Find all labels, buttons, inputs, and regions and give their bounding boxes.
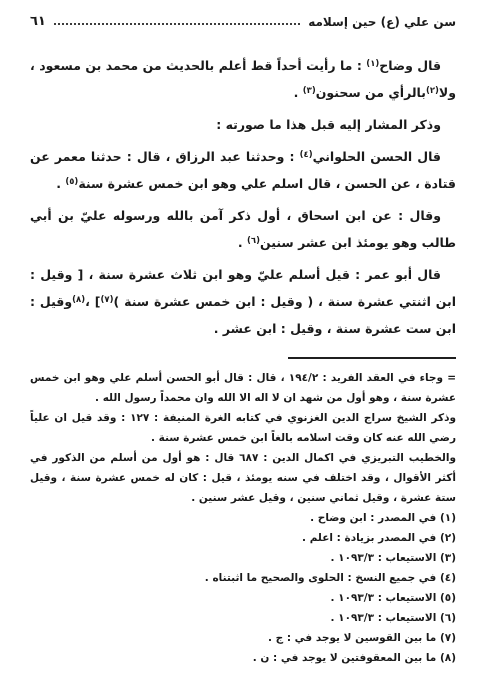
chapter-title: سن علي (ع) حين إسلامه — [308, 15, 456, 29]
footnote-item-number: (٥) — [440, 592, 456, 604]
footnote-item-number: (٦) — [440, 612, 456, 624]
footnote-marker: (٢) — [426, 86, 439, 96]
body-paragraph: قال وضاح(١) : ما رأيت أحداً قط أعلم بالح… — [30, 52, 456, 106]
running-header: سن علي (ع) حين إسلامه ٦١ — [30, 14, 456, 29]
footnote-marker: (٨) — [72, 295, 85, 305]
footnote-item-number: (٢) — [440, 532, 456, 544]
footnote-item: (٣) الاستيعاب : ١٠٩٣/٣ . — [30, 548, 456, 568]
footnote-continuation-paragraph: والخطيب التبريزي في اكمال الدين : ٦٨٧ قا… — [30, 448, 456, 508]
footnote-marker: (٣) — [303, 86, 316, 96]
footnote-item: (٦) الاستيعاب : ١٠٩٣/٣ . — [30, 608, 456, 628]
footnote-item-number: (٣) — [440, 552, 456, 564]
footnote-divider — [288, 357, 456, 359]
footnote-item: (٢) في المصدر بزيادة : اعلم . — [30, 528, 456, 548]
footnote-item-number: (١) — [440, 512, 456, 524]
footnote-continuation-paragraph: وذكر الشيخ سراج الدين الغزنوي في كتابه ا… — [30, 408, 456, 448]
body-text: قال وضاح(١) : ما رأيت أحداً قط أعلم بالح… — [30, 52, 456, 342]
footnote-item-text: الاستيعاب : ١٠٩٣/٣ . — [331, 552, 440, 564]
footnote-marker: (٦) — [247, 236, 260, 246]
footnote-item-text: في جميع النسخ : الحلوى والصحيح ما اثبتنا… — [205, 572, 440, 584]
footnote-item-text: ما بين المعقوفتين لا يوجد في : ن . — [253, 652, 440, 664]
footnotes-section: = وجاء في العقد الفريد : ١٩٤/٢ ، قال : ق… — [30, 368, 456, 668]
book-page: سن علي (ع) حين إسلامه ٦١ قال وضاح(١) : م… — [0, 0, 482, 698]
footnote-item-number: (٨) — [440, 652, 456, 664]
page-number: ٦١ — [30, 14, 46, 29]
footnote-marker: (١) — [366, 59, 379, 69]
footnote-item-number: (٤) — [440, 572, 456, 584]
footnote-item: (٤) في جميع النسخ : الحلوى والصحيح ما اث… — [30, 568, 456, 588]
body-paragraph: وقال : عن ابن اسحاق ، أول ذكر آمن بالله … — [30, 202, 456, 256]
footnote-continuation-paragraph: = وجاء في العقد الفريد : ١٩٤/٢ ، قال : ق… — [30, 368, 456, 408]
footnote-continuation-block: = وجاء في العقد الفريد : ١٩٤/٢ ، قال : ق… — [30, 368, 456, 508]
footnote-item-text: في المصدر بزيادة : اعلم . — [302, 532, 440, 544]
footnote-item-text: في المصدر : ابن وضاح . — [310, 512, 440, 524]
footnote-item-text: الاستيعاب : ١٠٩٣/٣ . — [331, 592, 440, 604]
footnote-marker: (٤) — [300, 150, 313, 160]
footnote-item: (٨) ما بين المعقوفتين لا يوجد في : ن . — [30, 648, 456, 668]
body-paragraph: وذكر المشار إليه قبل هذا ما صورته : — [30, 111, 456, 138]
footnote-item: (٥) الاستيعاب : ١٠٩٣/٣ . — [30, 588, 456, 608]
footnote-marker: (٥) — [65, 177, 78, 187]
body-paragraph: قال الحسن الحلواني(٤) : وحدثنا عبد الرزا… — [30, 143, 456, 197]
body-paragraph: قال أبو عمر : قيل أسلم عليّ وهو ابن ثلاث… — [30, 261, 456, 342]
footnote-marker: (٧) — [101, 295, 114, 305]
footnote-notes-block: (١) في المصدر : ابن وضاح .(٢) في المصدر … — [30, 508, 456, 668]
footnote-item-text: الاستيعاب : ١٠٩٣/٣ . — [331, 612, 440, 624]
footnote-item: (١) في المصدر : ابن وضاح . — [30, 508, 456, 528]
footnote-item-text: ما بين القوسين لا يوجد في : ج . — [268, 632, 440, 644]
footnote-item-number: (٧) — [440, 632, 456, 644]
footnote-item: (٧) ما بين القوسين لا يوجد في : ج . — [30, 628, 456, 648]
dotted-leader — [54, 23, 300, 25]
